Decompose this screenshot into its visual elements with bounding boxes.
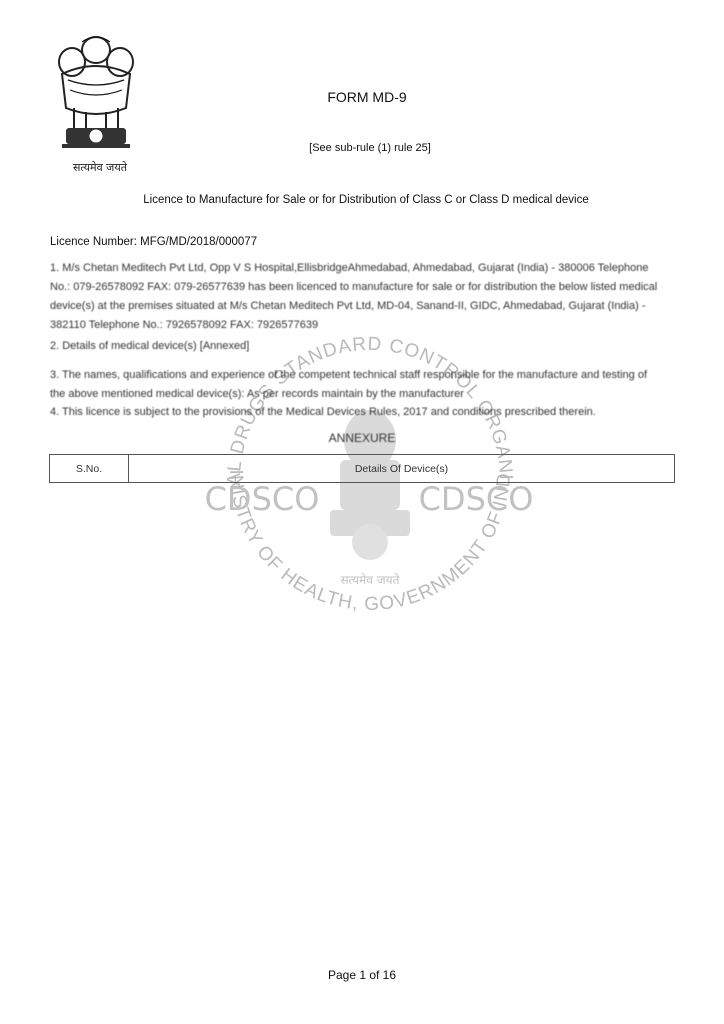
paragraph-technical-staff: 3. The names, qualifications and experie…	[50, 366, 660, 404]
annexure-title: ANNEXURE	[0, 431, 724, 445]
paragraph-device-details: 2. Details of medical device(s) [Annexed…	[50, 337, 660, 356]
column-header-sno: S.No.	[50, 455, 129, 483]
page-number: Page 1 of 16	[0, 968, 724, 982]
watermark-right-cdsco: CDSCO	[419, 480, 534, 518]
paragraph-licensee-details: 1. M/s Chetan Meditech Pvt Ltd, Opp V S …	[50, 259, 660, 335]
form-title: FORM MD-9	[0, 89, 724, 105]
watermark-left-cdsco: CDSCO	[205, 480, 320, 518]
annexure-table: S.No. Details Of Device(s)	[49, 454, 675, 483]
emblem-motto: सत्यमेव जयते	[52, 160, 148, 175]
table-header-row: S.No. Details Of Device(s)	[50, 455, 675, 483]
paragraph-licence-conditions: 4. This licence is subject to the provis…	[50, 403, 660, 422]
column-header-device-details: Details Of Device(s)	[129, 455, 675, 483]
watermark-motto: सत्यमेव जयते	[341, 573, 401, 587]
licence-number: Licence Number: MFG/MD/2018/000077	[50, 236, 257, 248]
sub-rule-reference: [See sub-rule (1) rule 25]	[0, 142, 724, 154]
licence-heading: Licence to Manufacture for Sale or for D…	[0, 194, 724, 206]
